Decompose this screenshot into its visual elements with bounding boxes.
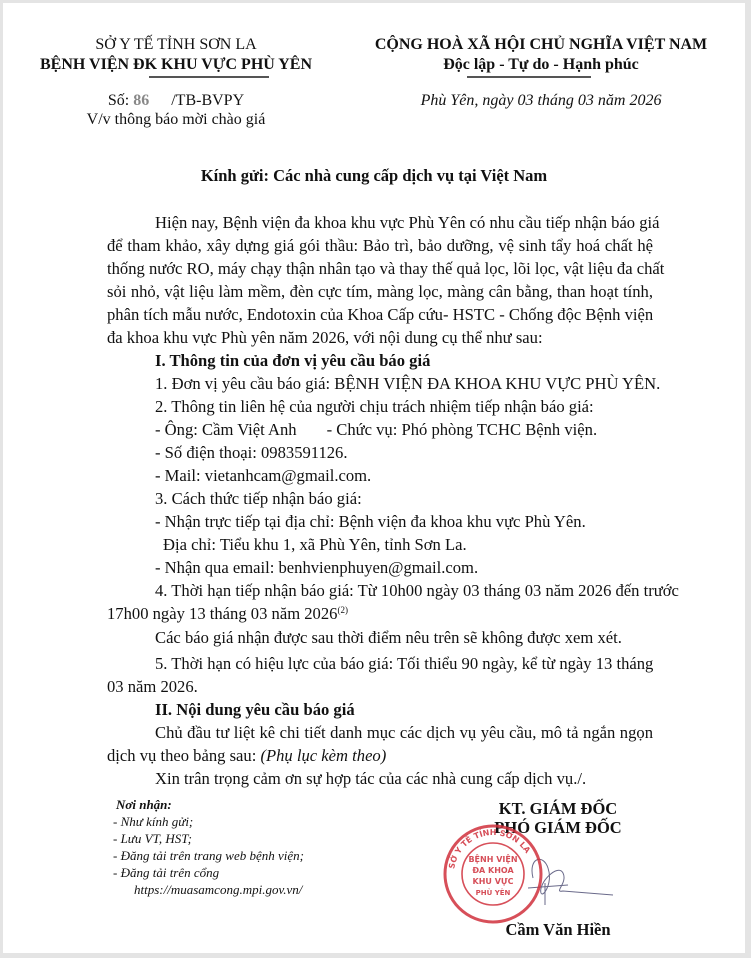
nation-title: CỘNG HOÀ XÃ HỘI CHỦ NGHĨA VIỆT NAM	[349, 36, 733, 54]
section1-item4-line2: 17h00 ngày 13 tháng 03 năm 2026(2)	[107, 603, 653, 626]
section1-item4-line1: 4. Thời hạn tiếp nhận báo giá: Từ 10h00 …	[155, 580, 653, 603]
intro-line: để tham khảo, xây dựng giá gói thầu: Bảo…	[107, 235, 653, 258]
svg-text:BỆNH VIỆN: BỆNH VIỆN	[468, 854, 517, 864]
appendix-note: (Phụ lục kèm theo)	[260, 746, 386, 765]
contact-position: - Chức vụ: Phó phòng TCHC Bệnh viện.	[327, 420, 598, 439]
signature-title-1: KT. GIÁM ĐỐC	[443, 799, 673, 819]
svg-text:PHÙ YÊN: PHÙ YÊN	[476, 888, 511, 897]
recipients-label: Nơi nhận:	[116, 796, 172, 813]
recipient-item: - Đăng tải trên cổng	[113, 864, 219, 881]
section2-line2: dịch vụ theo bảng sau: (Phụ lục kèm theo…	[107, 745, 653, 768]
contact-mail: - Mail: vietanhcam@gmail.com.	[155, 465, 653, 488]
receive-address: Địa chỉ: Tiểu khu 1, xã Phù Yên, tỉnh Sơ…	[163, 534, 653, 557]
organization-underline	[149, 76, 269, 78]
footnote-marker: (2)	[337, 605, 348, 615]
recipient-item: - Lưu VT, HST;	[113, 830, 192, 847]
recipient-item: - Như kính gửi;	[113, 813, 193, 830]
contact-line: - Ông: Cầm Việt Anh- Chức vụ: Phó phòng …	[155, 419, 653, 442]
place-date: Phù Yên, ngày 03 tháng 03 năm 2026	[349, 92, 733, 110]
section1-item3: 3. Cách thức tiếp nhận báo giá:	[155, 488, 653, 511]
section1-item2: 2. Thông tin liên hệ của người chịu trác…	[155, 396, 653, 419]
contact-phone: - Số điện thoại: 0983591126.	[155, 442, 653, 465]
receive-email: - Nhận qua email: benhvienphuyen@gmail.c…	[155, 557, 653, 580]
number-value: 86	[133, 92, 149, 109]
section1-item1: 1. Đơn vị yêu cầu báo giá: BỆNH VIỆN ĐA …	[155, 373, 653, 396]
intro-line: thống nước RO, máy chạy thận nhân tạo và…	[107, 258, 653, 281]
intro-line: đa khoa khu vực Phù yên năm 2026, với nộ…	[107, 327, 653, 350]
section2-line2-text: dịch vụ theo bảng sau:	[107, 746, 260, 765]
intro-line: Hiện nay, Bệnh viện đa khoa khu vực Phù …	[155, 212, 653, 235]
svg-text:KHU VỰC: KHU VỰC	[473, 877, 514, 886]
intro-line: phân tích mẫu nước, Endotoxin của Khoa C…	[107, 304, 653, 327]
recipient-item: - Đăng tải trên trang web bệnh viện;	[113, 847, 304, 864]
motto-underline	[467, 76, 591, 78]
authority-name: SỞ Y TẾ TỈNH SƠN LA	[3, 36, 349, 54]
national-motto: Độc lập - Tự do - Hạnh phúc	[349, 56, 733, 74]
section2-title: II. Nội dung yêu cầu báo giá	[155, 699, 653, 722]
thanks-line: Xin trân trọng cảm ơn sự hợp tác của các…	[155, 768, 653, 791]
section1-item5-line1: 5. Thời hạn có hiệu lực của báo giá: Tối…	[155, 653, 653, 676]
svg-text:ĐA KHOA: ĐA KHOA	[472, 866, 514, 875]
signer-name: Cầm Văn Hiền	[443, 920, 673, 940]
recipient-line: Kính gửi: Các nhà cung cấp dịch vụ tại V…	[3, 166, 745, 186]
section1-item5-line2: 03 năm 2026.	[107, 676, 653, 699]
receive-direct: - Nhận trực tiếp tại địa chỉ: Bệnh viện …	[155, 511, 653, 534]
number-suffix: /TB-BVPY	[171, 92, 244, 109]
official-stamp: SỞ Y TẾ TỈNH SƠN LA BỆNH VIỆN ĐA KHOA KH…	[442, 823, 544, 925]
document-number: Số: 86 /TB-BVPY	[3, 92, 349, 110]
recipient-url: https://muasamcong.mpi.gov.vn/	[134, 881, 302, 898]
intro-line: sỏi nhỏ, vật liệu làm mềm, đèn cực tím, …	[107, 281, 653, 304]
document-subject: V/v thông báo mời chào giá	[3, 111, 349, 129]
section1-title: I. Thông tin của đơn vị yêu cầu báo giá	[155, 350, 653, 373]
late-note: Các báo giá nhận được sau thời điểm nêu …	[155, 627, 653, 650]
number-prefix: Số:	[108, 92, 129, 109]
deadline-text: 17h00 ngày 13 tháng 03 năm 2026	[107, 604, 337, 623]
contact-name: - Ông: Cầm Việt Anh	[155, 420, 297, 439]
organization-name: BỆNH VIỆN ĐK KHU VỰC PHÙ YÊN	[3, 56, 349, 74]
document-page: SỞ Y TẾ TỈNH SƠN LA BỆNH VIỆN ĐK KHU VỰC…	[3, 3, 745, 953]
section2-line1: Chủ đầu tư liệt kê chi tiết danh mục các…	[155, 722, 653, 745]
